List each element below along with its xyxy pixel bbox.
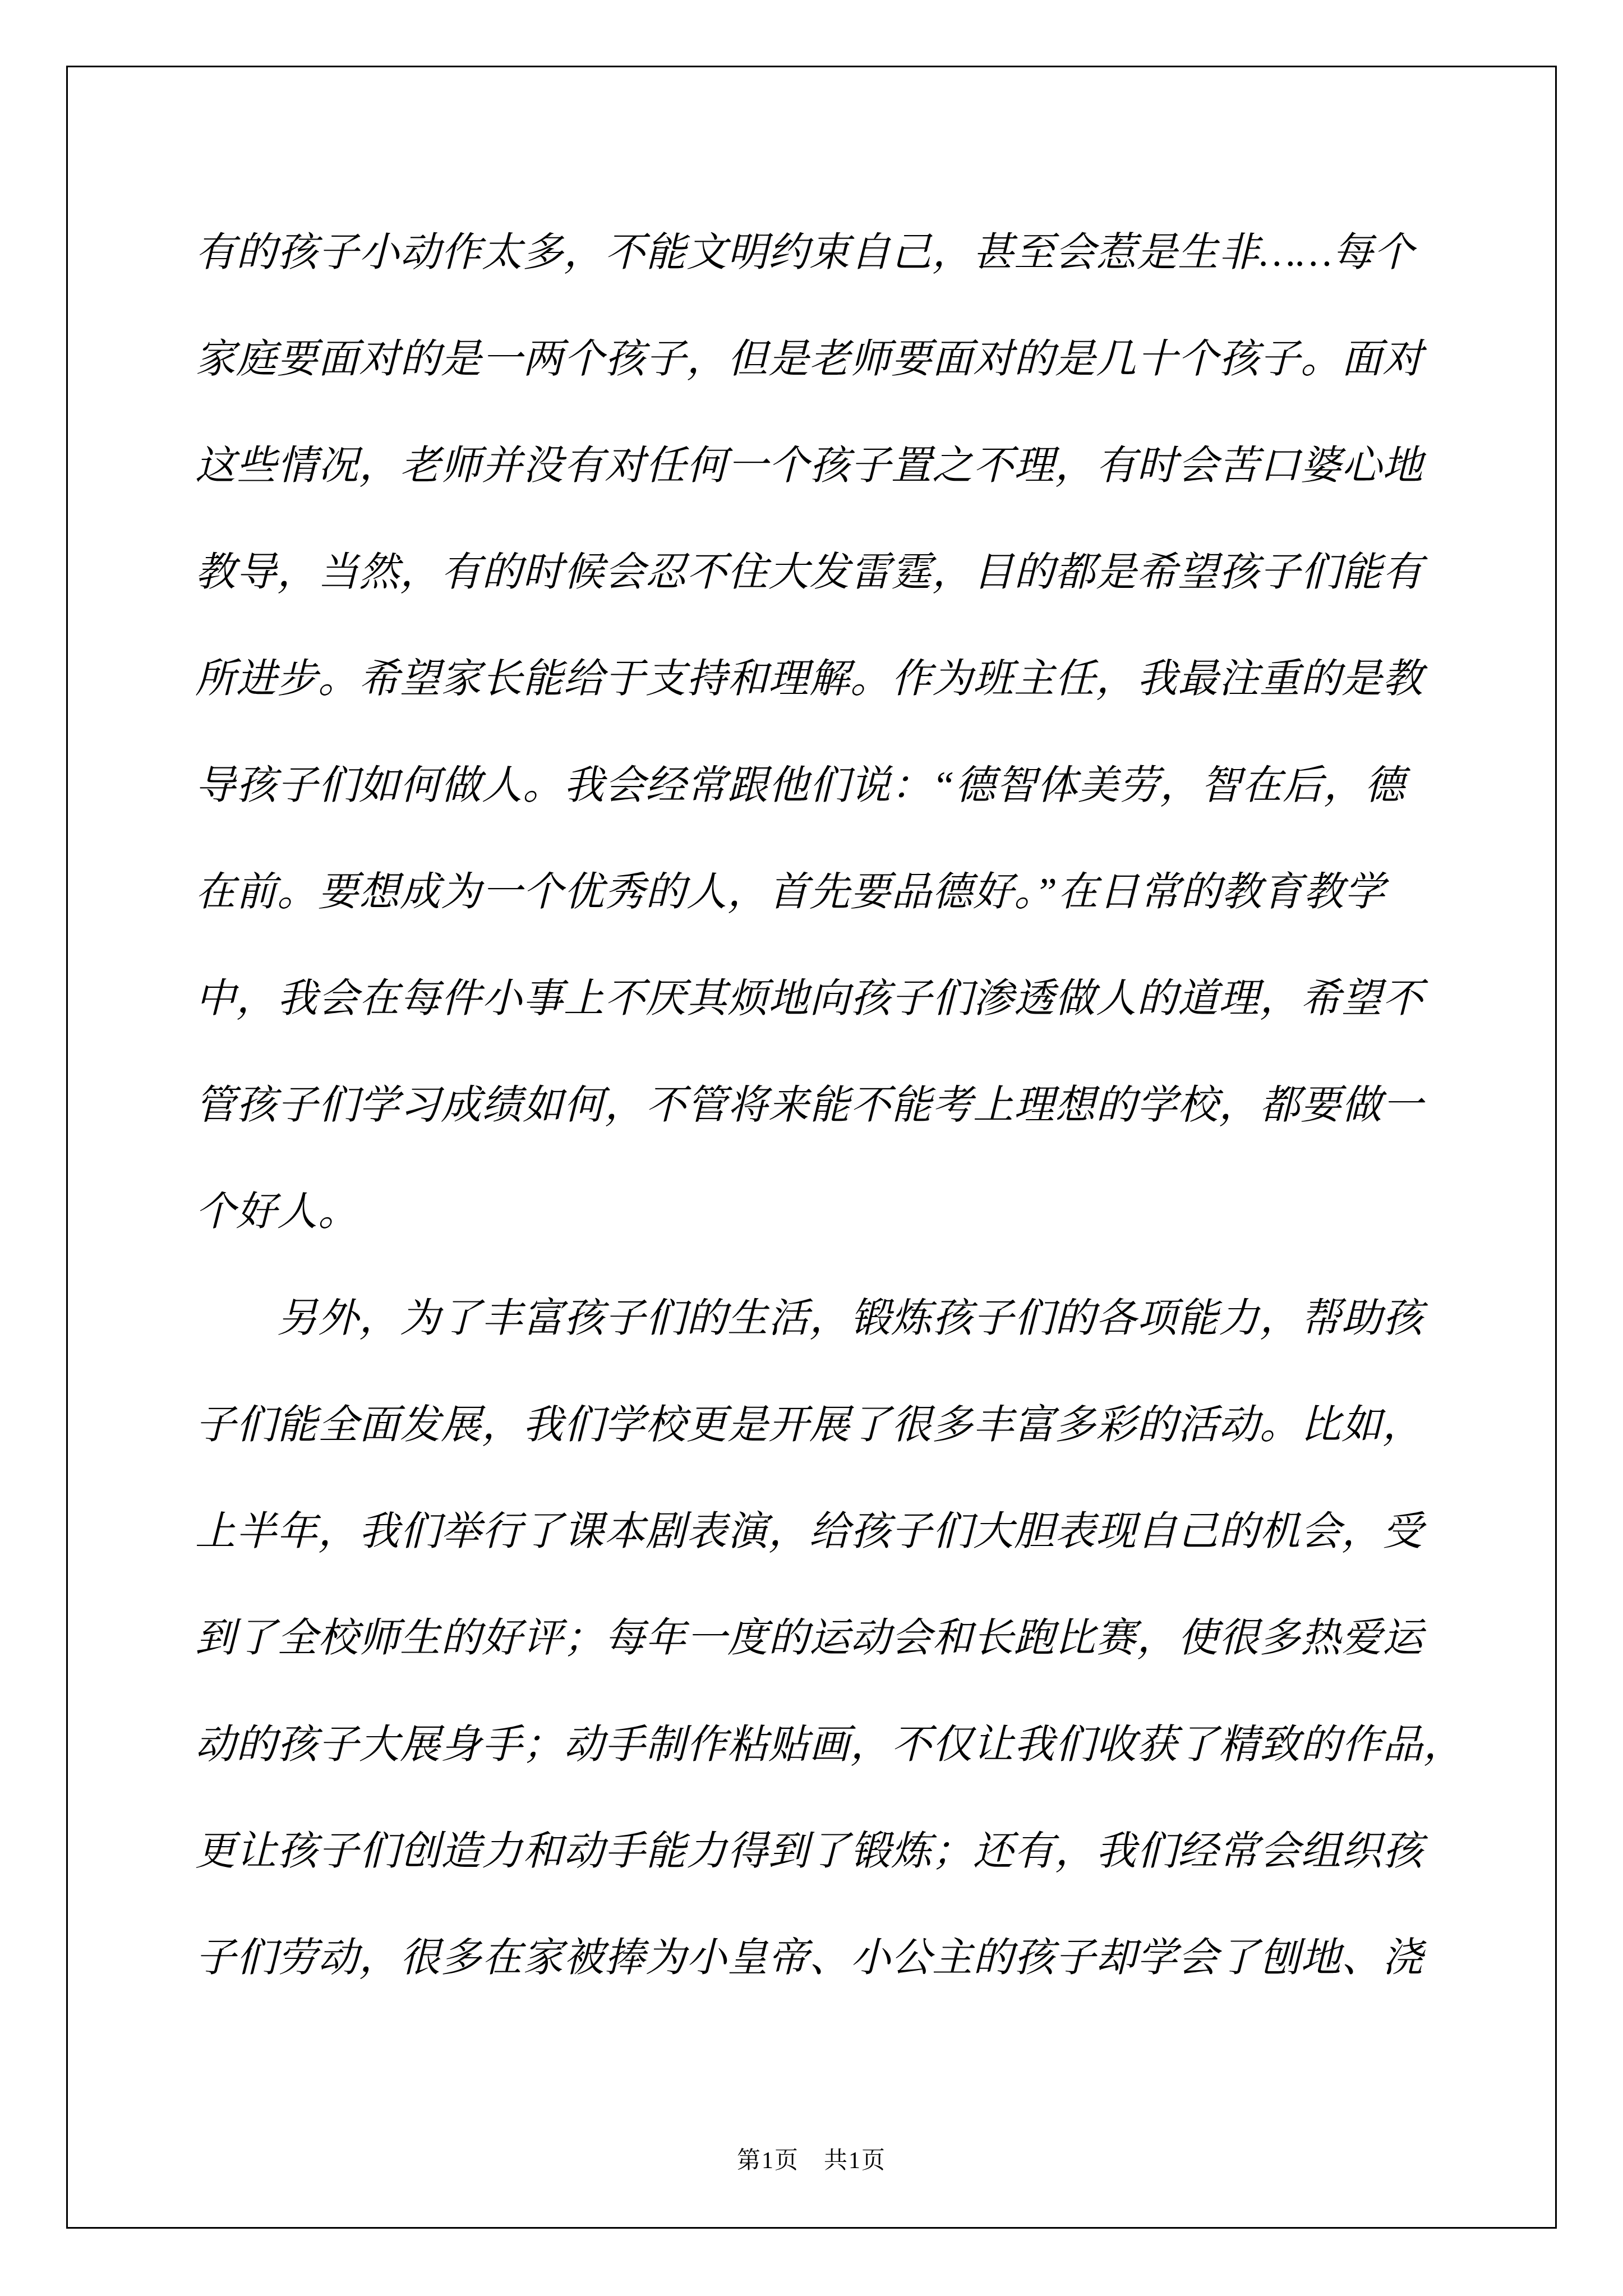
text-line: 家庭要面对的是一两个孩子，但是老师要面对的是几十个孩子。面对 (195, 306, 1468, 412)
text-line: 在前。要想成为一个优秀的人，首先要品德好。”在日常的教育教学 (195, 839, 1468, 945)
document-body: 有的孩子小动作太多，不能文明约束自己，甚至会惹是生非……每个 家庭要面对的是一两… (195, 199, 1468, 2011)
text-line: 另外，为了丰富孩子们的生活，锻炼孩子们的各项能力，帮助孩 (195, 1265, 1468, 1372)
text-line: 子们能全面发展，我们学校更是开展了很多丰富多彩的活动。比如， (195, 1372, 1468, 1478)
text-line: 上半年，我们举行了课本剧表演，给孩子们大胆表现自己的机会，受 (195, 1478, 1468, 1585)
text-line: 动的孩子大展身手；动手制作粘贴画，不仅让我们收获了精致的作品， (195, 1691, 1468, 1798)
page-footer: 第1页 共1页 (0, 2147, 1623, 2174)
paragraph-2: 另外，为了丰富孩子们的生活，锻炼孩子们的各项能力，帮助孩 子们能全面发展，我们学… (195, 1265, 1468, 2011)
text-line: 这些情况，老师并没有对任何一个孩子置之不理，有时会苦口婆心地 (195, 412, 1468, 519)
text-line: 教导，当然，有的时候会忍不住大发雷霆，目的都是希望孩子们能有 (195, 519, 1468, 625)
paragraph-1: 有的孩子小动作太多，不能文明约束自己，甚至会惹是生非……每个 家庭要面对的是一两… (195, 199, 1468, 1265)
text-line: 导孩子们如何做人。我会经常跟他们说：“德智体美劳，智在后，德 (195, 732, 1468, 839)
text-line: 个好人。 (195, 1158, 1468, 1265)
text-line: 更让孩子们创造力和动手能力得到了锻炼；还有，我们经常会组织孩 (195, 1798, 1468, 1904)
text-line: 有的孩子小动作太多，不能文明约束自己，甚至会惹是生非……每个 (195, 199, 1468, 306)
document-page: 有的孩子小动作太多，不能文明约束自己，甚至会惹是生非……每个 家庭要面对的是一两… (0, 0, 1623, 2296)
text-line: 到了全校师生的好评；每年一度的运动会和长跑比赛，使很多热爱运 (195, 1585, 1468, 1691)
text-line: 管孩子们学习成绩如何，不管将来能不能考上理想的学校，都要做一 (195, 1052, 1468, 1158)
text-line: 中，我会在每件小事上不厌其烦地向孩子们渗透做人的道理，希望不 (195, 945, 1468, 1052)
text-line: 子们劳动，很多在家被捧为小皇帝、小公主的孩子却学会了刨地、浇 (195, 1904, 1468, 2011)
text-line: 所进步。希望家长能给于支持和理解。作为班主任，我最注重的是教 (195, 625, 1468, 732)
